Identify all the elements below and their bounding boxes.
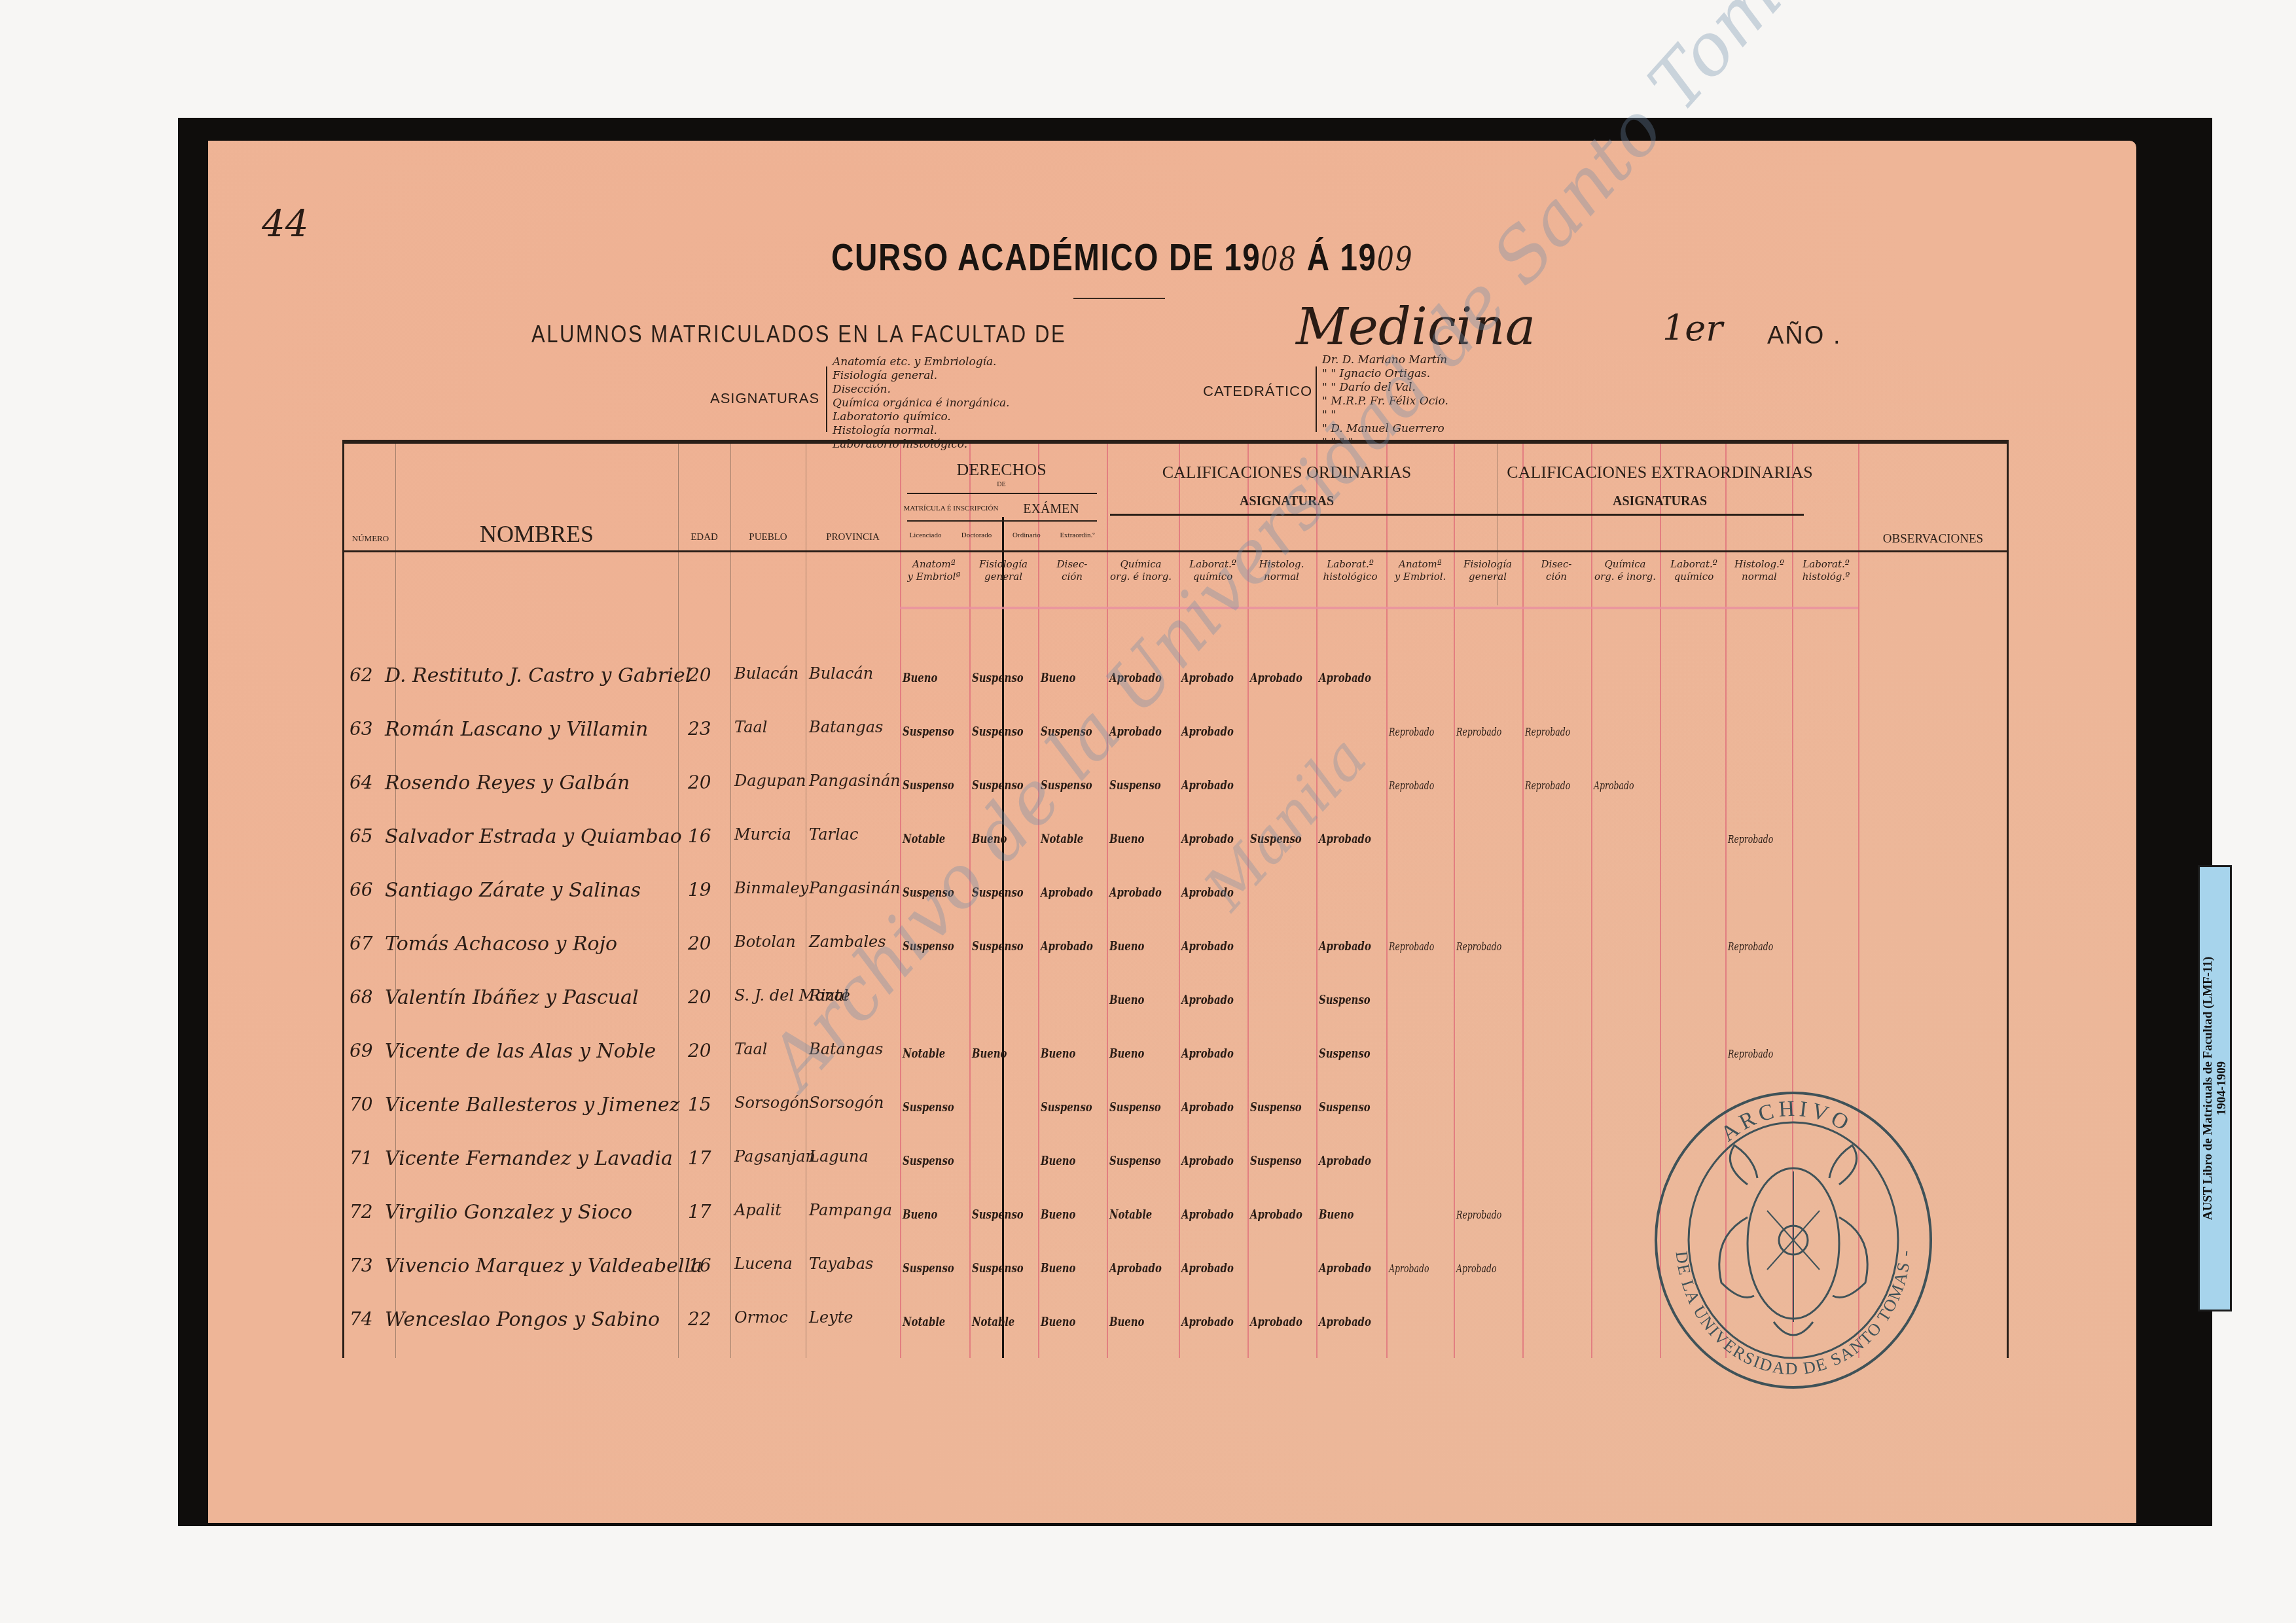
student-town: Bulacán xyxy=(734,664,798,683)
subject-header-line: Laborat.º xyxy=(1792,558,1860,571)
extraordinary-grade: Reprobado xyxy=(1728,1048,1773,1060)
subject-header-line: histológ.º xyxy=(1792,571,1860,583)
header-derechos-de: DE xyxy=(900,481,1103,488)
student-town: Murcia xyxy=(734,825,791,844)
student-province: Laguna xyxy=(809,1147,869,1166)
header-edad: EDAD xyxy=(678,532,730,543)
header-extraordinario: Extraordin.º xyxy=(1051,531,1103,539)
table-row: 63Román Lascano y Villamin23TaalBatangas… xyxy=(344,718,2007,772)
ordinary-grade: Aprobado xyxy=(1181,1046,1234,1061)
student-town: Sorsogón xyxy=(734,1094,809,1112)
ordinary-grade: Suspenso xyxy=(1319,993,1371,1007)
extraordinary-grade: Reprobado xyxy=(1728,940,1773,953)
row-number: 70 xyxy=(350,1094,373,1115)
extraordinary-grade: Reprobado xyxy=(1525,779,1570,792)
ordinary-grade: Aprobado xyxy=(1181,724,1234,739)
ordinary-grade: Suspenso xyxy=(972,724,1024,739)
subject-header: Histolog.ºnormal xyxy=(1725,558,1793,583)
row-number: 73 xyxy=(350,1255,373,1276)
subject-header-line: Disec- xyxy=(1038,558,1106,571)
ordinary-grade: Suspenso xyxy=(1109,778,1161,793)
subject-header-line: Fisiología xyxy=(969,558,1037,571)
ordinary-grade: Notable xyxy=(903,1315,945,1329)
ordinary-grade: Suspenso xyxy=(1109,1154,1161,1168)
row-number: 66 xyxy=(350,879,373,901)
subject-header: Anatomªy Embriolª xyxy=(900,558,968,583)
ordinary-grade: Aprobado xyxy=(1181,778,1234,793)
header-pueblo: PUEBLO xyxy=(730,532,806,543)
row-number: 65 xyxy=(350,825,373,847)
student-age: 20 xyxy=(688,664,711,686)
student-age: 15 xyxy=(688,1094,711,1115)
spine-label-years: 1904-1909 xyxy=(2215,957,2229,1221)
student-name: Vicente Fernandez y Lavadia xyxy=(385,1147,673,1170)
student-name: Tomás Achacoso y Rojo xyxy=(385,933,617,955)
subject-header: Laborat.ºhistológ.º xyxy=(1792,558,1860,583)
header-calif-extraordinarias: CALIFICACIONES EXTRAORDINARIAS xyxy=(1463,463,1856,482)
extraordinary-grade: Reprobado xyxy=(1456,940,1501,953)
ordinary-grade: Aprobado xyxy=(1181,1100,1234,1115)
ordinary-grade: Aprobado xyxy=(1181,1207,1234,1222)
ordinary-grade: Suspenso xyxy=(903,778,954,793)
ordinary-grade: Suspenso xyxy=(1319,1100,1371,1115)
subject-header-line: Química xyxy=(1107,558,1175,571)
student-name: Valentín Ibáñez y Pascual xyxy=(385,986,639,1009)
stamp-top-text: ARCHIVO xyxy=(1716,1096,1856,1146)
header-matricula-inscripcion: MATRÍCULA É INSCRIPCIÓN xyxy=(900,505,1002,512)
header-ordinario: Ordinario xyxy=(1002,531,1051,539)
student-town: Ormoc xyxy=(734,1308,788,1327)
student-province: Tarlac xyxy=(809,825,858,844)
student-province: Pangasinán xyxy=(809,879,901,897)
student-name: Vicente Ballesteros y Jimenez xyxy=(385,1094,680,1116)
subject-header: Laborat.ºquímico xyxy=(1660,558,1728,583)
subject-header: Laborat.ºhistológico xyxy=(1316,558,1384,583)
header-nombres: NOMBRES xyxy=(395,520,678,548)
title-prefix: CURSO ACADÉMICO DE 19 xyxy=(831,236,1261,279)
subject-header: Disec-ción xyxy=(1522,558,1590,583)
student-age: 17 xyxy=(688,1147,711,1169)
student-town: Botolan xyxy=(734,933,796,951)
ordinary-grade: Aprobado xyxy=(1319,939,1371,954)
ordinary-grade: Bueno xyxy=(1041,1046,1075,1061)
student-age: 22 xyxy=(688,1308,711,1330)
ordinary-grade: Suspenso xyxy=(972,671,1024,685)
subject-header-line: Laborat.º xyxy=(1660,558,1728,571)
ordinary-grade: Notable xyxy=(1109,1207,1152,1222)
table-row: 66Santiago Zárate y Salinas19BinmaleyPan… xyxy=(344,879,2007,933)
subject-header-line: Anatomª xyxy=(900,558,968,571)
student-name: Wenceslao Pongos y Sabino xyxy=(385,1308,660,1331)
subject-header: Químicaorg. é inorg. xyxy=(1107,558,1175,583)
row-number: 62 xyxy=(350,664,373,686)
extraordinary-grade: Reprobado xyxy=(1456,726,1501,738)
student-age: 20 xyxy=(688,1040,711,1061)
student-province: Pangasinán xyxy=(809,772,901,790)
ordinary-grade: Notable xyxy=(903,1046,945,1061)
course-year: 1er xyxy=(1662,308,1723,349)
subject-header: Fisiologíageneral xyxy=(1454,558,1522,583)
table-row: 68Valentín Ibáñez y Pascual20S. J. del M… xyxy=(344,986,2007,1040)
subject-header: Anatomªy Embriol. xyxy=(1386,558,1454,583)
student-name: Santiago Zárate y Salinas xyxy=(385,879,641,902)
title-mid: Á 19 xyxy=(1297,236,1377,279)
student-age: 20 xyxy=(688,933,711,954)
row-number: 67 xyxy=(350,933,373,954)
spine-label-text: AUST Libro de Matricuals de Facultad (LM… xyxy=(2201,957,2229,1221)
asignaturas-brace xyxy=(826,366,827,432)
subject-header-line: Química xyxy=(1591,558,1659,571)
student-name: Virgilio Gonzalez y Sioco xyxy=(385,1201,632,1224)
student-town: Dagupan xyxy=(734,772,806,790)
student-town: Pagsanjan xyxy=(734,1147,816,1166)
student-province: Tayabas xyxy=(809,1255,873,1273)
student-age: 23 xyxy=(688,718,711,740)
ordinary-grade: Bueno xyxy=(1109,1046,1144,1061)
subject-header-line: Fisiología xyxy=(1454,558,1522,571)
ordinary-grade: Notable xyxy=(972,1315,1014,1329)
ordinary-grade: Bueno xyxy=(1041,1315,1075,1329)
asignatura-item: Química orgánica é inorgánica. xyxy=(833,397,1009,410)
ordinary-grade: Aprobado xyxy=(1250,671,1302,685)
table-top-rule xyxy=(344,442,2007,444)
row-number: 69 xyxy=(350,1040,373,1061)
subject-header-line: ción xyxy=(1522,571,1590,583)
ordinary-grade: Suspenso xyxy=(1250,1100,1302,1115)
ordinary-grade: Suspenso xyxy=(1041,1100,1092,1115)
student-age: 20 xyxy=(688,772,711,793)
row-number: 63 xyxy=(350,718,373,740)
ordinary-grade: Bueno xyxy=(1041,671,1075,685)
extraordinary-grade: Reprobado xyxy=(1389,726,1434,738)
ordinary-grade: Bueno xyxy=(1109,832,1144,846)
ordinary-grade: Aprobado xyxy=(1181,993,1234,1007)
header-doctorado: Doctorado xyxy=(951,531,1002,539)
asignatura-item: Histología normal. xyxy=(833,424,1009,438)
student-name: Vivencio Marquez y Valdeabella xyxy=(385,1255,702,1277)
ordinary-grade: Suspenso xyxy=(972,1261,1024,1275)
ordinary-grade: Aprobado xyxy=(1181,1154,1234,1168)
ordinary-grade: Suspenso xyxy=(903,1100,954,1115)
subject-header-line: Disec- xyxy=(1522,558,1590,571)
subject-header-line: normal xyxy=(1725,571,1793,583)
asignatura-item: Anatomía etc. y Embriología. xyxy=(833,355,1009,369)
extraordinary-grade: Reprobado xyxy=(1389,940,1434,953)
table-row: 65Salvador Estrada y Quiambao16MurciaTar… xyxy=(344,825,2007,879)
header-bottom-rule xyxy=(344,550,2007,552)
header-examen: EXÁMEN xyxy=(1002,502,1100,517)
student-name: D. Restituto J. Castro y Gabriel xyxy=(385,664,691,687)
asignaturas-list: Anatomía etc. y Embriología.Fisiología g… xyxy=(833,355,1009,452)
student-town: Taal xyxy=(734,718,767,736)
derechos-rule xyxy=(907,493,1097,494)
ordinary-grade: Bueno xyxy=(1041,1261,1075,1275)
row-number: 68 xyxy=(350,986,373,1008)
ordinary-grade: Aprobado xyxy=(1181,1261,1234,1275)
extraordinary-grade: Reprobado xyxy=(1456,1209,1501,1221)
asignatura-item: Laboratorio químico. xyxy=(833,410,1009,424)
archive-seal-stamp: ARCHIVO DE LA UNIVERSIDAD DE SANTO TOMAS… xyxy=(1649,1086,1937,1394)
asignatura-item: Disección. xyxy=(833,383,1009,397)
ordinary-grade: Bueno xyxy=(1109,1315,1144,1329)
subject-header: Químicaorg. é inorg. xyxy=(1591,558,1659,583)
subject-header-line: Anatomª xyxy=(1386,558,1454,571)
student-town: Binmaley xyxy=(734,879,808,897)
student-province: Pampanga xyxy=(809,1201,892,1219)
ordinary-grade: Aprobado xyxy=(1181,939,1234,954)
ordinary-grade: Aprobado xyxy=(1109,1261,1162,1275)
ordinary-grade: Bueno xyxy=(972,1046,1007,1061)
subject-header: Fisiologíageneral xyxy=(969,558,1037,583)
ordinary-grade: Aprobado xyxy=(1319,1315,1371,1329)
spine-label: AUST Libro de Matricuals de Facultad (LM… xyxy=(2198,865,2232,1311)
ordinary-grade: Aprobado xyxy=(1041,885,1093,900)
extraordinary-grade: Aprobado xyxy=(1594,779,1634,792)
ordinary-grade: Aprobado xyxy=(1319,671,1371,685)
subject-header-rule xyxy=(900,607,1858,609)
subject-header: Disec-ción xyxy=(1038,558,1106,583)
extraordinary-grade: Aprobado xyxy=(1389,1262,1429,1275)
subject-header-line: ción xyxy=(1038,571,1106,583)
asignatura-item: Fisiología general. xyxy=(833,369,1009,383)
student-age: 20 xyxy=(688,986,711,1008)
extraordinary-grade: Reprobado xyxy=(1728,833,1773,846)
page-title: CURSO ACADÉMICO DE 1908 Á 1909 xyxy=(831,236,1413,279)
ordinary-grade: Aprobado xyxy=(1041,939,1093,954)
catedratico-label: CATEDRÁTICO xyxy=(1203,383,1312,400)
ordinary-grade: Bueno xyxy=(1319,1207,1354,1222)
year-start: 08 xyxy=(1261,240,1297,278)
header-observaciones: OBSERVACIONES xyxy=(1859,532,2007,546)
subject-header-line: Laborat.º xyxy=(1316,558,1384,571)
asignaturas-rule xyxy=(1110,514,1804,516)
svg-text:ARCHIVO: ARCHIVO xyxy=(1716,1096,1856,1146)
student-province: Leyte xyxy=(809,1308,853,1327)
ordinary-grade: Suspenso xyxy=(972,939,1024,954)
ordinary-grade: Suspenso xyxy=(903,1154,954,1168)
ordinary-grade: Bueno xyxy=(903,1207,937,1222)
extraordinary-grade: Reprobado xyxy=(1389,779,1434,792)
matricula-rule xyxy=(907,520,1097,522)
header-asignaturas-extraordinarias: ASIGNATURAS xyxy=(1463,494,1856,509)
ordinary-grade: Suspenso xyxy=(903,724,954,739)
student-name: Vicente de las Alas y Noble xyxy=(385,1040,656,1063)
student-age: 17 xyxy=(688,1201,711,1222)
ordinary-grade: Suspenso xyxy=(1319,1046,1371,1061)
header-derechos: DERECHOS xyxy=(900,460,1103,480)
year-end: 09 xyxy=(1377,240,1413,278)
table-row: 69Vicente de las Alas y Noble20TaalBatan… xyxy=(344,1040,2007,1094)
title-flourish-divider xyxy=(1073,298,1165,300)
table-row: 64Rosendo Reyes y Galbán20DagupanPangasi… xyxy=(344,772,2007,825)
ordinary-grade: Aprobado xyxy=(1250,1315,1302,1329)
extraordinary-grade: Reprobado xyxy=(1525,726,1570,738)
student-province: Bulacán xyxy=(809,664,873,683)
row-number: 74 xyxy=(350,1308,373,1330)
row-number: 64 xyxy=(350,772,373,793)
subtitle: ALUMNOS MATRICULADOS EN LA FACULTAD DE xyxy=(531,321,1066,348)
ordinary-grade: Suspenso xyxy=(903,1261,954,1275)
page-number: 44 xyxy=(262,203,308,245)
subject-header-line: general xyxy=(1454,571,1522,583)
ordinary-grade: Suspenso xyxy=(972,1207,1024,1222)
student-name: Salvador Estrada y Quiambao xyxy=(385,825,682,848)
ordinary-grade: Bueno xyxy=(1041,1154,1075,1168)
header-licenciado: Licenciado xyxy=(900,531,951,539)
ano-label: AÑO . xyxy=(1767,322,1841,350)
ordinary-grade: Suspenso xyxy=(1109,1100,1161,1115)
student-age: 16 xyxy=(688,1255,711,1276)
subject-header-line: general xyxy=(969,571,1037,583)
header-provincia: PROVINCIA xyxy=(806,532,900,543)
header-numero: NÚMERO xyxy=(346,533,395,544)
ordinary-grade: Aprobado xyxy=(1109,885,1162,900)
ordinary-grade: Aprobado xyxy=(1181,1315,1234,1329)
subject-header-line: org. é inorg. xyxy=(1107,571,1175,583)
row-number: 71 xyxy=(350,1147,373,1169)
subject-header-line: y Embriol. xyxy=(1386,571,1454,583)
ordinary-grade: Bueno xyxy=(1109,939,1144,954)
ordinary-grade: Bueno xyxy=(903,671,937,685)
subject-header-line: histológico xyxy=(1316,571,1384,583)
extraordinary-grade: Aprobado xyxy=(1456,1262,1496,1275)
student-name: Rosendo Reyes y Galbán xyxy=(385,772,630,794)
subject-header-line: químico xyxy=(1660,571,1728,583)
ordinary-grade: Aprobado xyxy=(1319,832,1371,846)
student-name: Román Lascano y Villamin xyxy=(385,718,648,741)
ordinary-grade: Aprobado xyxy=(1319,1154,1371,1168)
ordinary-grade: Aprobado xyxy=(1319,1261,1371,1275)
asignaturas-label: ASIGNATURAS xyxy=(710,390,819,407)
student-town: Lucena xyxy=(734,1255,793,1273)
subject-header-line: Histolog.º xyxy=(1725,558,1793,571)
spine-label-title: AUST Libro de Matricuals de Facultad (LM… xyxy=(2201,957,2215,1221)
student-age: 16 xyxy=(688,825,711,847)
seal-icon: ARCHIVO DE LA UNIVERSIDAD DE SANTO TOMAS… xyxy=(1649,1086,1937,1394)
row-number: 72 xyxy=(350,1201,373,1222)
subject-header-line: org. é inorg. xyxy=(1591,571,1659,583)
student-town: Apalit xyxy=(734,1201,781,1219)
ordinary-grade: Bueno xyxy=(1109,993,1144,1007)
table-row: 67Tomás Achacoso y Rojo20BotolanZambales… xyxy=(344,933,2007,986)
student-province: Batangas xyxy=(809,718,883,736)
subject-header-line: y Embriolª xyxy=(900,571,968,583)
student-age: 19 xyxy=(688,879,711,901)
ordinary-grade: Bueno xyxy=(1041,1207,1075,1222)
ordinary-grade: Aprobado xyxy=(1250,1207,1302,1222)
ordinary-grade: Suspenso xyxy=(1250,1154,1302,1168)
